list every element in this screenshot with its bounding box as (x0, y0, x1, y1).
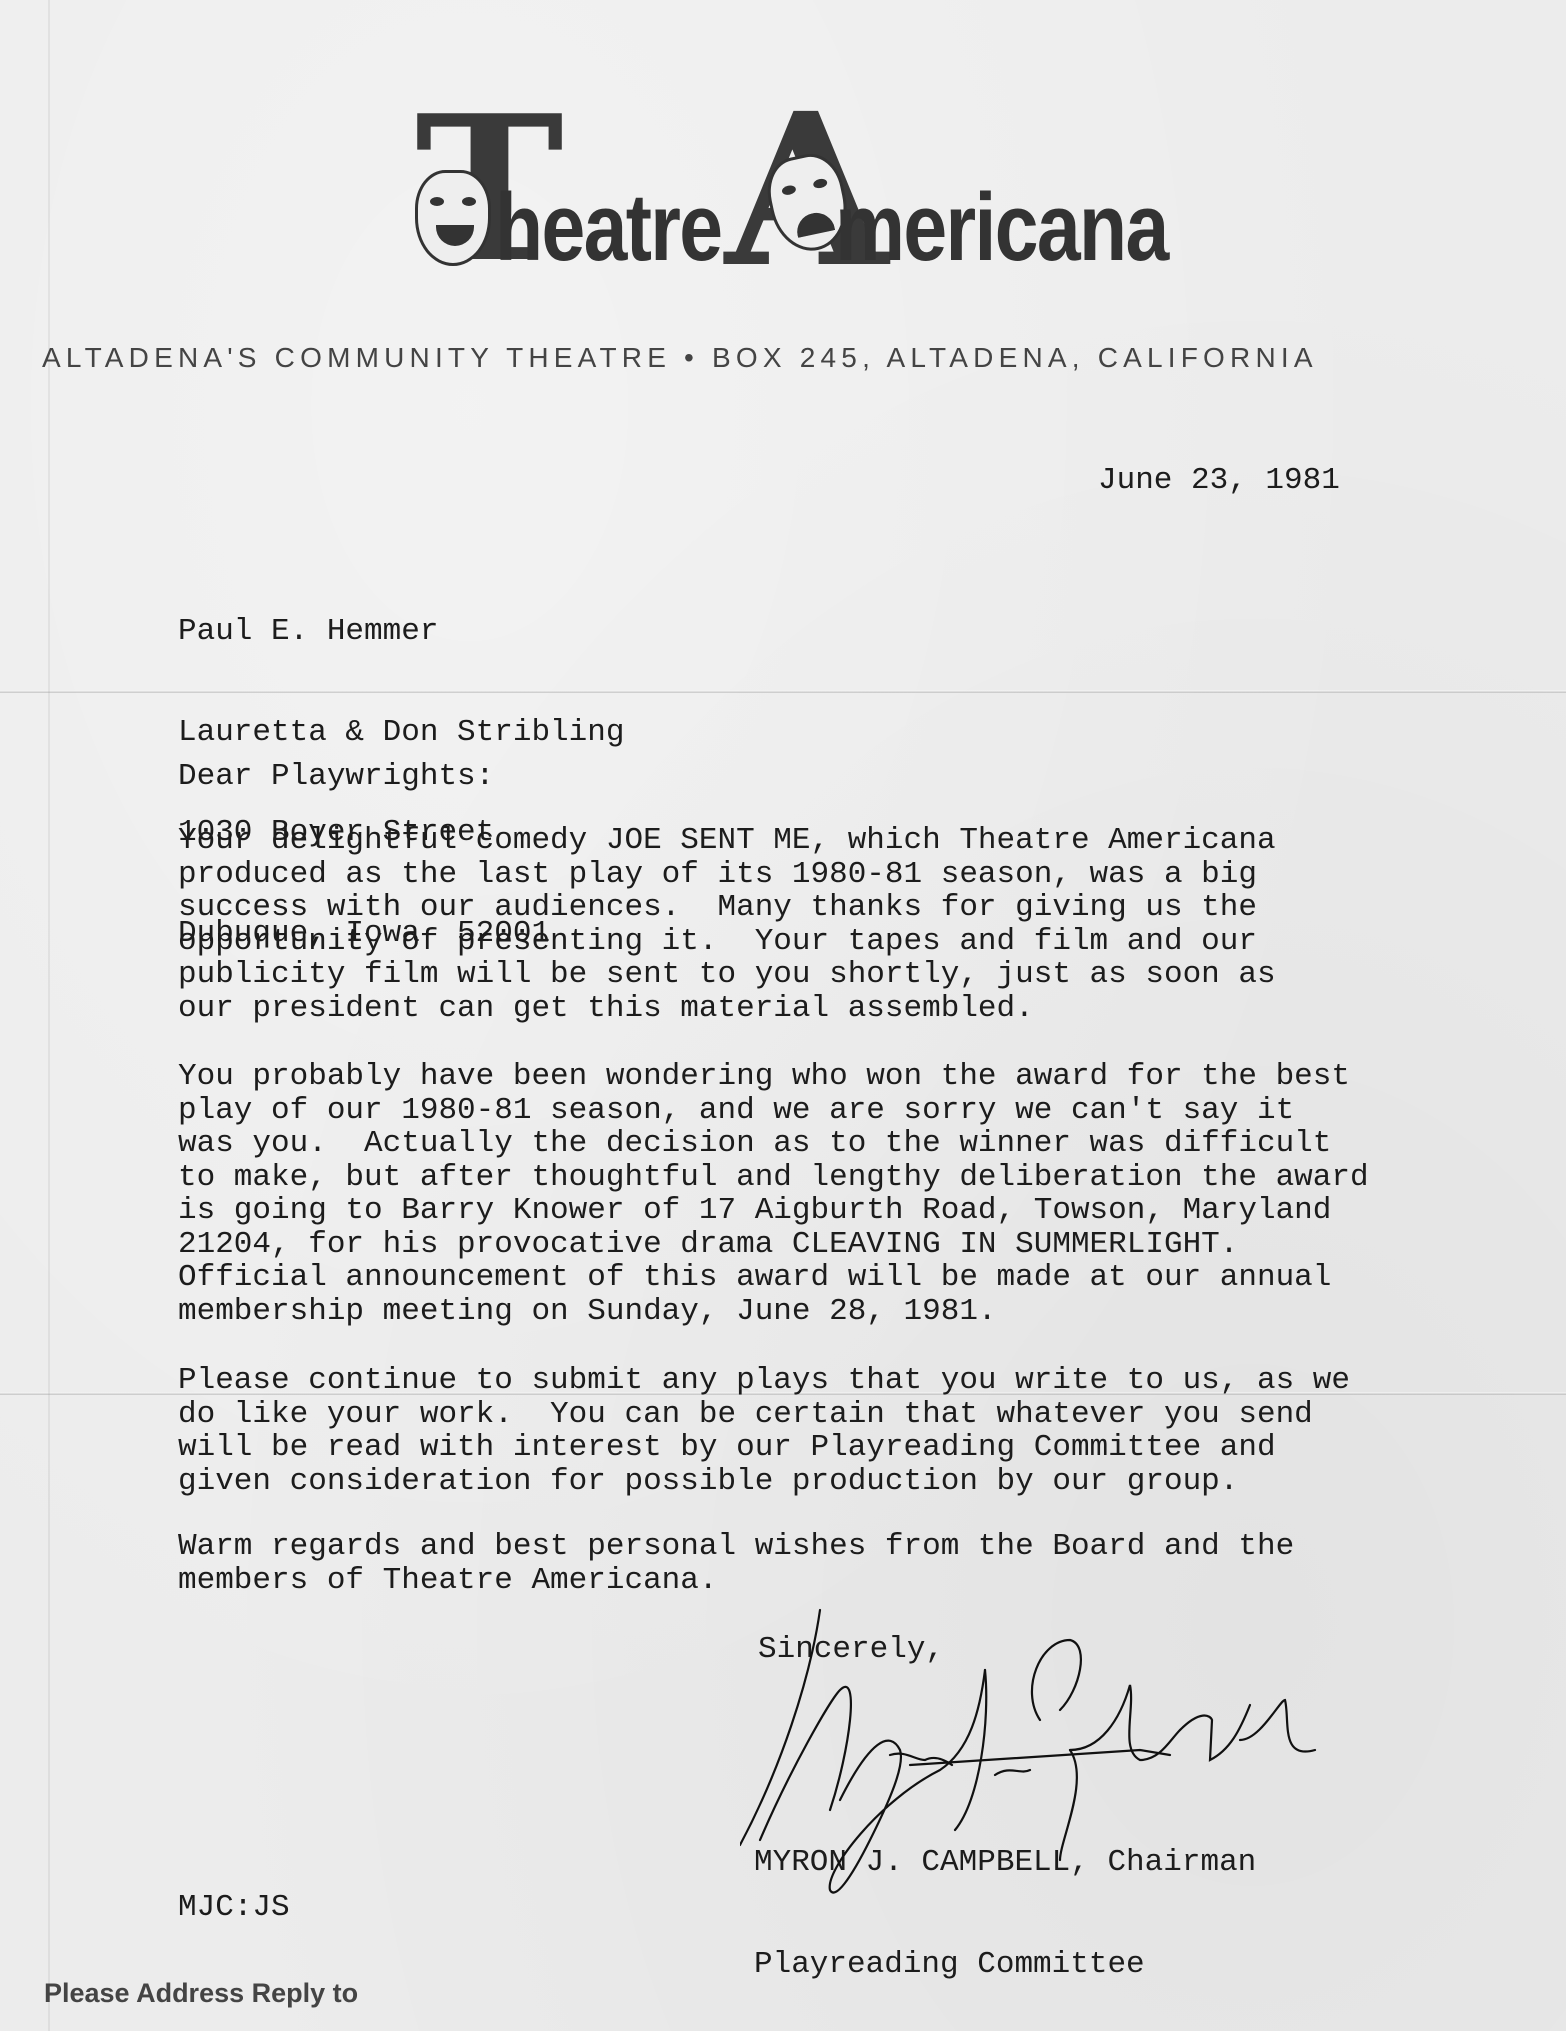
paper-crease (48, 0, 50, 2031)
letter-date: June 23, 1981 (1098, 463, 1340, 498)
signer-committee: Playreading Committee (754, 1948, 1256, 1982)
body-paragraph: Warm regards and best personal wishes fr… (178, 1530, 1294, 1597)
logo-word-americana: mericana (835, 180, 1168, 276)
body-paragraph: Please continue to submit any plays that… (178, 1364, 1350, 1498)
logo-word-theatre: heatre (495, 180, 721, 276)
comedy-mask-icon (415, 170, 491, 266)
closing: Sincerely, (758, 1632, 944, 1667)
signer-block: MYRON J. CAMPBELL, Chairman Playreading … (754, 1778, 1256, 2016)
signer-name-title: MYRON J. CAMPBELL, Chairman (754, 1846, 1256, 1880)
letterhead-tagline: ALTADENA'S COMMUNITY THEATRE • BOX 245, … (42, 342, 1552, 374)
theatre-americana-logo: T heatre A mericana (395, 100, 1215, 310)
salutation: Dear Playwrights: (178, 760, 494, 794)
body-paragraph: You probably have been wondering who won… (178, 1060, 1369, 1328)
reply-address-label: Please Address Reply to (44, 1978, 358, 2009)
recipient-line: Lauretta & Don Stribling (178, 716, 624, 750)
recipient-line: Paul E. Hemmer (178, 615, 624, 649)
body-paragraph: Your delightful comedy JOE SENT ME, whic… (178, 824, 1276, 1025)
typist-initials: MJC:JS (178, 1890, 290, 1925)
